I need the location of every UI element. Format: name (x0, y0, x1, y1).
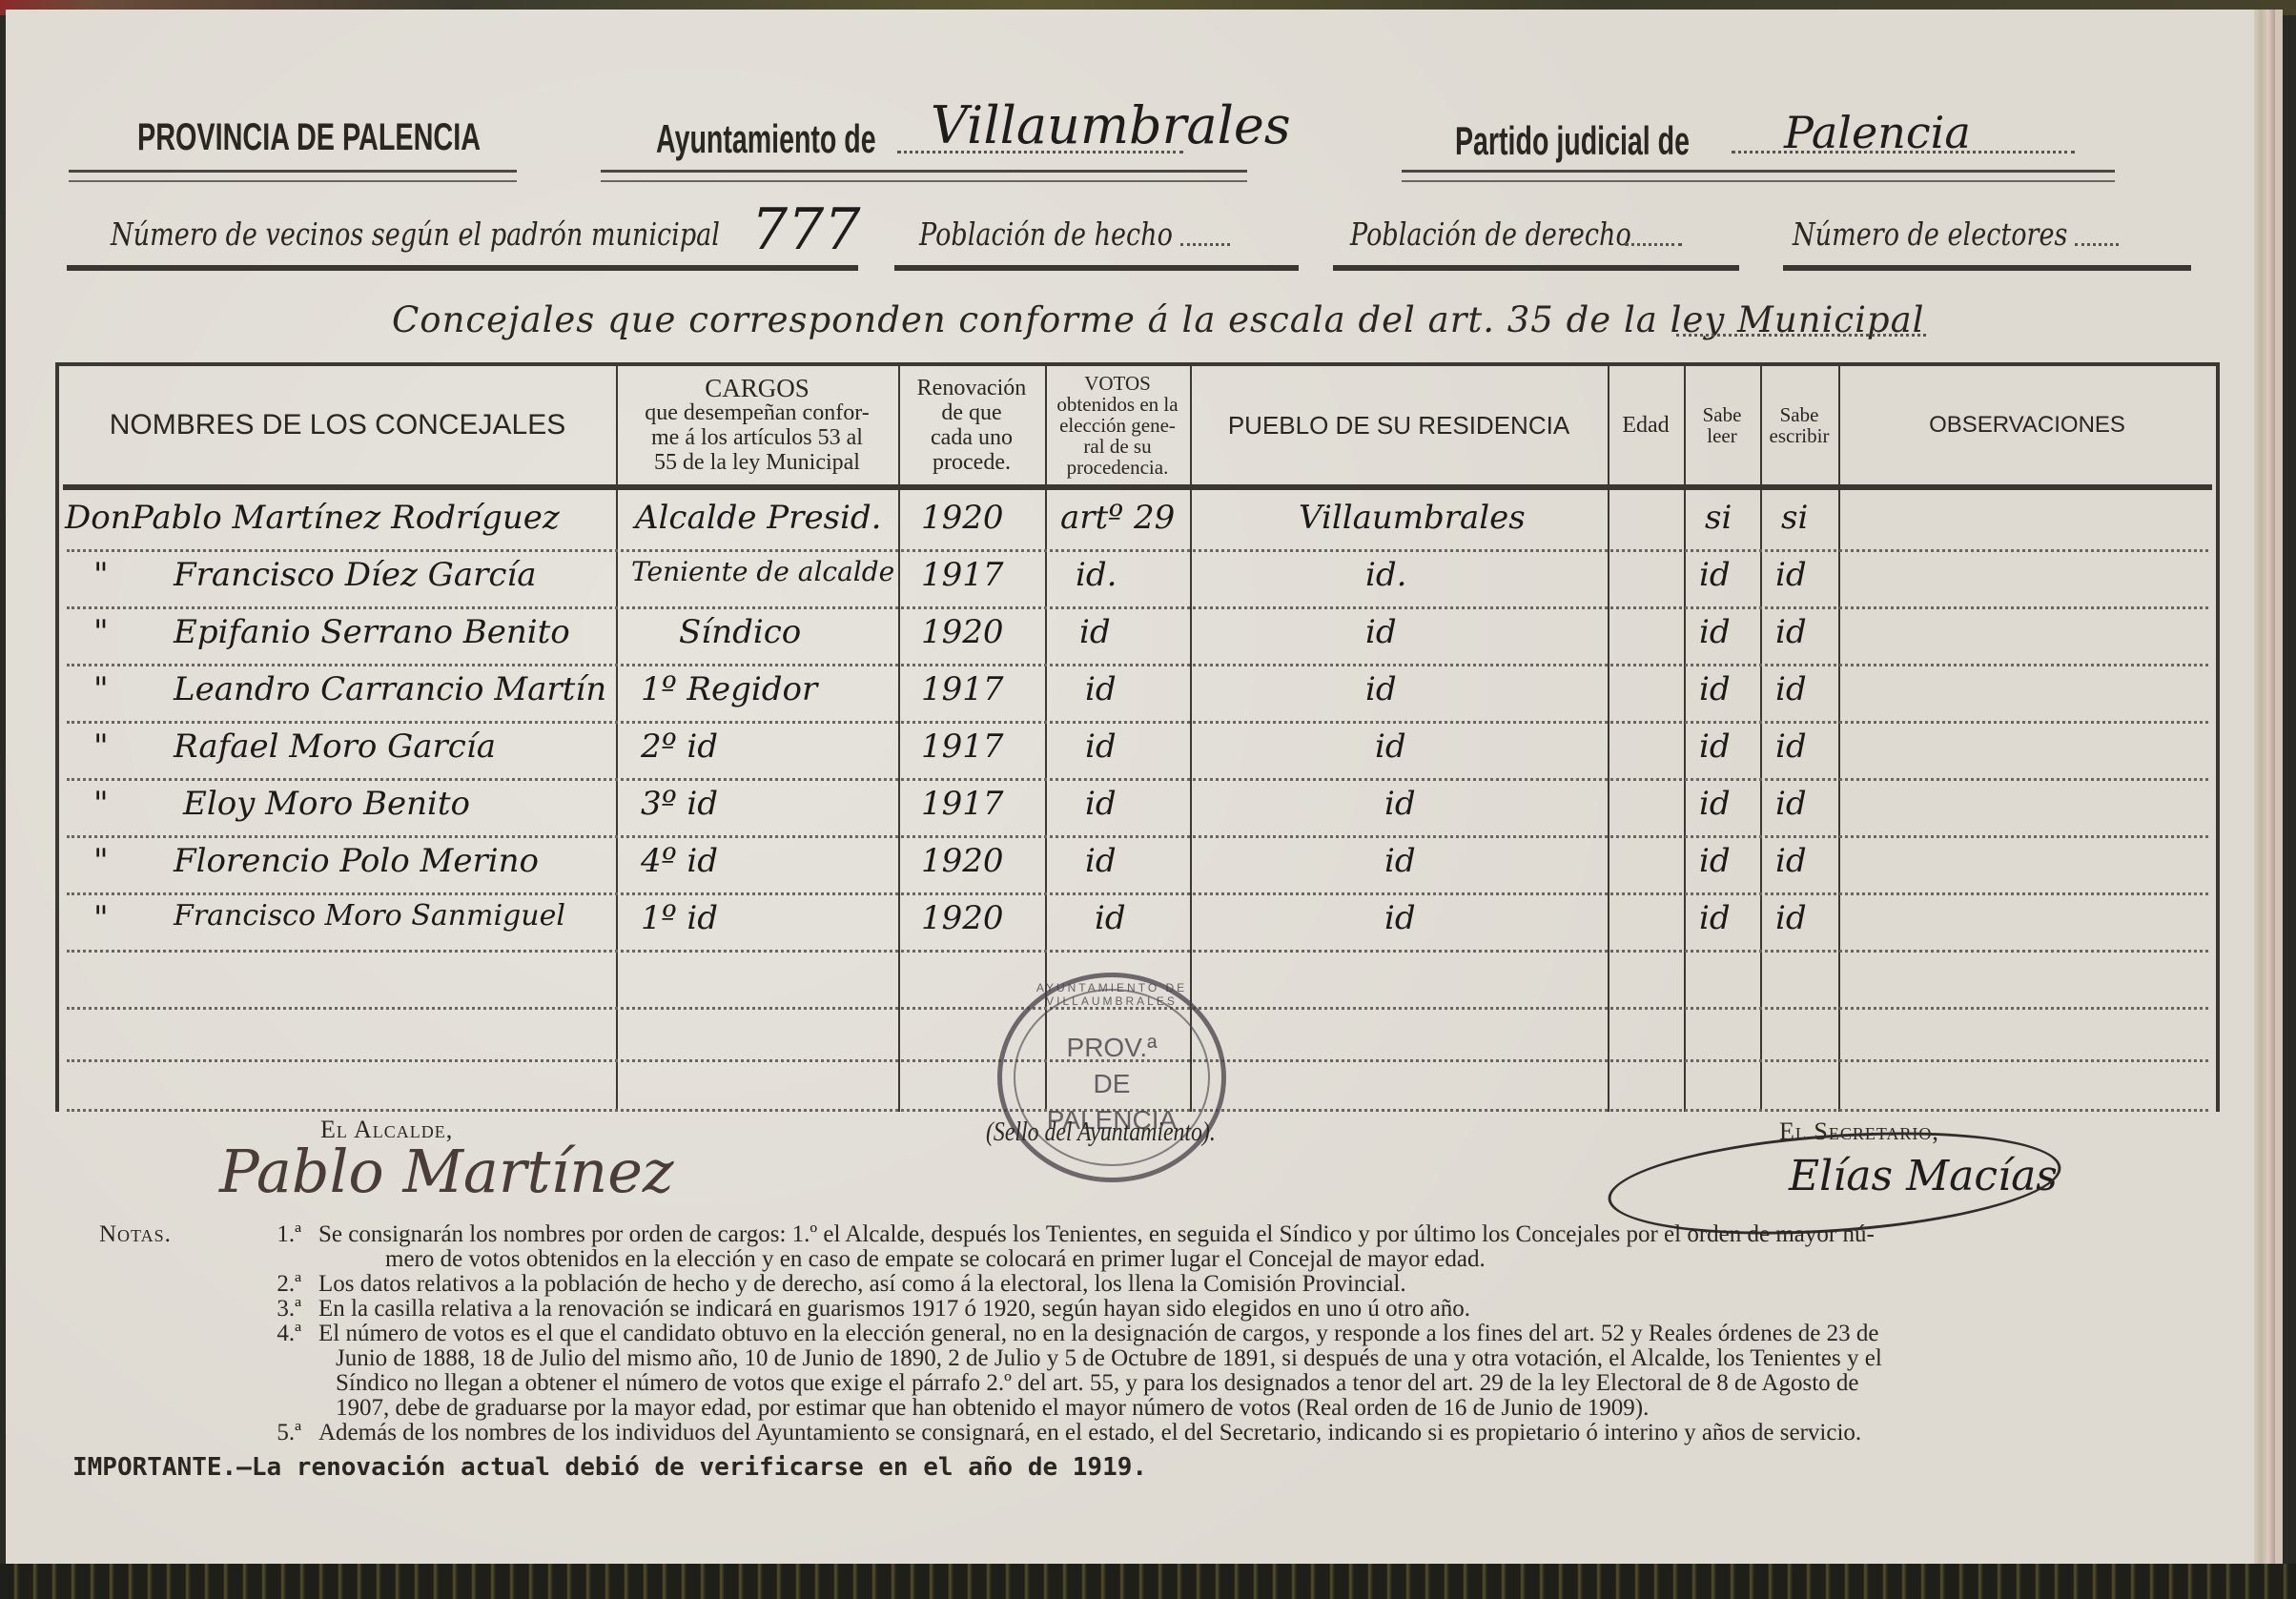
header-bottom-rule (63, 484, 2212, 490)
header-sabe-leer: Sabe leer (1684, 366, 1760, 484)
header-renovacion: Renovación de que cada uno procede. (898, 366, 1045, 484)
cell-votos: id (1085, 670, 1117, 708)
note-item: 4.ª El número de votos es el que el cand… (101, 1322, 2199, 1346)
header-cargos-sub: me á los artículos 53 al (651, 425, 863, 450)
cell-pueblo: id (1365, 613, 1397, 651)
note-item: 5.ª Además de los nombres de los individ… (101, 1421, 2199, 1445)
header-sabe-escribir: Sabe escribir (1760, 366, 1838, 484)
header-rule (67, 265, 858, 271)
cell-cargo: Alcalde Presid. (635, 499, 881, 537)
note-text: Los datos relativos a la población de he… (318, 1272, 2199, 1297)
cell-pueblo: id (1384, 785, 1416, 823)
poblacion-hecho-dots (1180, 243, 1230, 246)
table-row: Don Pablo Martínez Rodríguez Alcalde Pre… (59, 495, 2216, 552)
note-number: 3.ª (101, 1297, 318, 1322)
cell-cargo: Teniente de alcalde (631, 556, 894, 587)
poblacion-derecho-dots (1625, 243, 1682, 246)
note-number: 5.ª (101, 1421, 318, 1445)
cell-renovacion: 1920 (921, 842, 1004, 880)
cell-pueblo: Villaumbrales (1299, 499, 1526, 537)
header-rule (1783, 265, 2191, 271)
note-item: 3.ª En la casilla relativa a la renovaci… (101, 1297, 2199, 1322)
important-notice: IMPORTANTE.—La renovación actual debió d… (72, 1453, 1147, 1482)
vecinos-label: Número de vecinos según el padrón munici… (111, 215, 720, 253)
cell-votos: id (1085, 785, 1117, 823)
ayuntamiento-value: Villaumbrales (931, 95, 1291, 155)
cell-escribir: id (1775, 670, 1807, 708)
cell-nombre: Francisco Díez García (174, 556, 537, 594)
header-renovacion-line: cada uno (931, 425, 1013, 450)
cell-leer: id (1699, 670, 1731, 708)
cell-nombre: Francisco Moro Sanmiguel (174, 899, 565, 933)
note-item-cont: Junio de 1888, 18 de Julio del mismo año… (101, 1346, 2199, 1371)
table-row: " Francisco Moro Sanmiguel 1º id 1920 id… (59, 895, 2216, 953)
header-sabe-leer-line: leer (1707, 425, 1736, 446)
header-cargos-sub: que desempeñan confor- (645, 400, 869, 425)
stamp-line: DE (1002, 1066, 1221, 1102)
cell-cargo: 1º Regidor (641, 670, 817, 708)
header-renovacion-line: Renovación (917, 376, 1027, 400)
cell-cargo: 3º id (641, 785, 718, 823)
cell-leer: id (1699, 785, 1731, 823)
cell-prefix: " (93, 899, 109, 937)
cell-pueblo: id (1375, 728, 1406, 766)
note-text: El número de votos es el que el candidat… (318, 1322, 2199, 1346)
note-text: Junio de 1888, 18 de Julio del mismo año… (336, 1346, 2199, 1371)
cell-escribir: id (1775, 842, 1807, 880)
cell-escribir: id (1775, 613, 1807, 651)
header-sabe-leer-line: Sabe (1703, 404, 1742, 425)
table-row: " Eloy Moro Benito 3º id 1917 id id id i… (59, 781, 2216, 838)
note-item-cont: Síndico no llegan a obtener el número de… (101, 1371, 2199, 1396)
cell-nombre: Leandro Carrancio Martín (174, 670, 606, 708)
cell-prefix: " (93, 785, 109, 823)
cell-prefix: " (93, 842, 109, 880)
note-text: En la casilla relativa a la renovación s… (318, 1297, 2199, 1322)
table-row: " Florencio Polo Merino 4º id 1920 id id… (59, 838, 2216, 895)
cell-votos: id (1079, 613, 1111, 651)
header-pueblo: PUEBLO DE SU RESIDENCIA (1190, 366, 1608, 484)
ayuntamiento-dots (897, 151, 1183, 154)
vecinos-value: 777 (751, 196, 861, 263)
document-page: PROVINCIA DE PALENCIA Ayuntamiento de Vi… (6, 10, 2283, 1575)
header-rule (894, 265, 1299, 271)
page-edge (2254, 10, 2275, 1575)
partido-dots (1732, 151, 2075, 154)
cell-leer: id (1699, 728, 1731, 766)
notes-heading: Notas. (99, 1222, 172, 1247)
ayuntamiento-label: Ayuntamiento de (656, 116, 876, 162)
cell-escribir: si (1781, 499, 1808, 537)
cell-nombre: Pablo Martínez Rodríguez (132, 499, 560, 537)
cell-votos: id (1085, 842, 1117, 880)
note-indent (101, 1346, 336, 1371)
cell-nombre: Florencio Polo Merino (174, 842, 539, 880)
cell-cargo: 4º id (641, 842, 718, 880)
note-indent (101, 1396, 336, 1421)
header-renovacion-line: de que (941, 400, 1001, 425)
poblacion-derecho-label: Población de derecho (1350, 215, 1631, 253)
cell-votos: artº 29 (1060, 499, 1175, 537)
note-number: 4.ª (101, 1322, 318, 1346)
cell-escribir: id (1775, 728, 1807, 766)
alcalde-signature: Pablo Martínez (219, 1137, 674, 1206)
cell-prefix: " (93, 613, 109, 651)
header-sabe-escribir-line: Sabe (1780, 404, 1819, 425)
header-votos-sub: ral de su (1083, 436, 1151, 457)
cell-cargo: 1º id (641, 899, 718, 937)
note-indent (101, 1371, 336, 1396)
header-votos: VOTOS obtenidos en la elección gene- ral… (1045, 366, 1190, 484)
ayuntamiento-stamp: AYUNTAMIENTO DE VILLAUMBRALES PROV.ª DE … (997, 973, 1226, 1182)
cell-nombre: Rafael Moro García (174, 728, 496, 766)
header-pueblo-label: PUEBLO DE SU RESIDENCIA (1228, 411, 1569, 441)
note-indent (101, 1247, 385, 1272)
header-observaciones: OBSERVACIONES (1838, 366, 2216, 484)
electores-label: Número de electores (1793, 215, 2067, 253)
cell-pueblo: id (1384, 842, 1416, 880)
cell-pueblo: id (1365, 670, 1397, 708)
header-cargos: CARGOS que desempeñan confor- me á los a… (616, 366, 898, 484)
header-cargos-title: CARGOS (705, 376, 810, 400)
stamp-line: PROV.ª (1002, 1030, 1221, 1066)
note-item-cont: mero de votos obtenidos en la elección y… (101, 1247, 2199, 1272)
cell-votos: id (1085, 728, 1117, 766)
cell-renovacion: 1917 (921, 785, 1004, 823)
header-rule (1333, 265, 1739, 271)
cell-leer: id (1699, 613, 1731, 651)
cell-renovacion: 1917 (921, 728, 1004, 766)
header-rule (601, 170, 1247, 182)
cell-renovacion: 1920 (921, 499, 1004, 537)
note-text: Síndico no llegan a obtener el número de… (336, 1371, 2199, 1396)
partido-label: Partido judicial de (1455, 118, 1690, 164)
note-text: Se consignarán los nombres por orden de … (318, 1222, 2199, 1247)
cell-renovacion: 1917 (921, 670, 1004, 708)
cell-cargo: Síndico (679, 613, 801, 651)
notes-section: Notas. 1.ª Se consignarán los nombres po… (101, 1222, 2199, 1445)
table-row: " Leandro Carrancio Martín 1º Regidor 19… (59, 666, 2216, 724)
book-cover-bottom (0, 1564, 2296, 1599)
header-votos-title: VOTOS (1084, 373, 1151, 394)
header-renovacion-line: procede. (933, 450, 1011, 475)
poblacion-hecho-label: Población de hecho (919, 215, 1173, 253)
cell-leer: id (1699, 842, 1731, 880)
cell-renovacion: 1920 (921, 613, 1004, 651)
cell-prefix: " (93, 556, 109, 594)
electores-dots (2075, 243, 2119, 246)
cell-renovacion: 1920 (921, 899, 1004, 937)
note-item: 2.ª Los datos relativos a la población d… (101, 1272, 2199, 1297)
cell-escribir: id (1775, 556, 1807, 594)
cell-votos: id (1095, 899, 1126, 937)
cell-pueblo: id. (1365, 556, 1406, 594)
cell-leer: id (1699, 556, 1731, 594)
cell-renovacion: 1917 (921, 556, 1004, 594)
note-number: 2.ª (101, 1272, 318, 1297)
header-nombres: NOMBRES DE LOS CONCEJALES (59, 366, 616, 484)
cell-pueblo: id (1384, 899, 1416, 937)
header-votos-sub: procedencia. (1067, 457, 1169, 478)
cell-escribir: id (1775, 899, 1807, 937)
header-votos-sub: elección gene- (1059, 415, 1176, 436)
header-rule (1402, 170, 2115, 182)
note-item-cont: 1907, debe de graduarse por la mayor eda… (101, 1396, 2199, 1421)
cell-nombre: Epifanio Serrano Benito (174, 613, 570, 651)
cell-prefix: Don (65, 499, 132, 537)
table-row: " Epifanio Serrano Benito Síndico 1920 i… (59, 609, 2216, 666)
sello-label: (Sello del Ayuntamiento). (986, 1117, 1216, 1148)
provincia-title: PROVINCIA DE PALENCIA (137, 116, 481, 159)
table-row: " Rafael Moro García 2º id 1917 id id id… (59, 724, 2216, 781)
cell-prefix: " (93, 670, 109, 708)
cell-nombre: Eloy Moro Benito (183, 785, 470, 823)
note-item: 1.ª Se consignarán los nombres por orden… (101, 1222, 2199, 1247)
header-observaciones-label: OBSERVACIONES (1929, 412, 2125, 439)
header-edad: Edad (1608, 366, 1684, 484)
header-nombres-label: NOMBRES DE LOS CONCEJALES (110, 409, 565, 441)
cell-prefix: " (93, 728, 109, 766)
header-cargos-sub: 55 de la ley Municipal (654, 450, 860, 475)
cell-leer: si (1705, 499, 1732, 537)
cell-cargo: 2º id (641, 728, 718, 766)
cell-escribir: id (1775, 785, 1807, 823)
cell-votos: id. (1076, 556, 1117, 594)
header-sabe-escribir-line: escribir (1770, 425, 1830, 446)
note-text: mero de votos obtenidos en la elección y… (385, 1247, 2199, 1272)
concejales-dots (1676, 334, 1926, 337)
stamp-edge-text: AYUNTAMIENTO DE VILLAUMBRALES (1002, 981, 1221, 1008)
note-text: Además de los nombres de los individuos … (318, 1421, 2199, 1445)
header-votos-sub: obtenidos en la (1056, 394, 1178, 415)
note-text: 1907, debe de graduarse por la mayor eda… (336, 1396, 2199, 1421)
table-row: " Francisco Díez García Teniente de alca… (59, 552, 2216, 609)
cell-leer: id (1699, 899, 1731, 937)
header-rule (69, 170, 517, 182)
header-edad-label: Edad (1622, 413, 1669, 438)
